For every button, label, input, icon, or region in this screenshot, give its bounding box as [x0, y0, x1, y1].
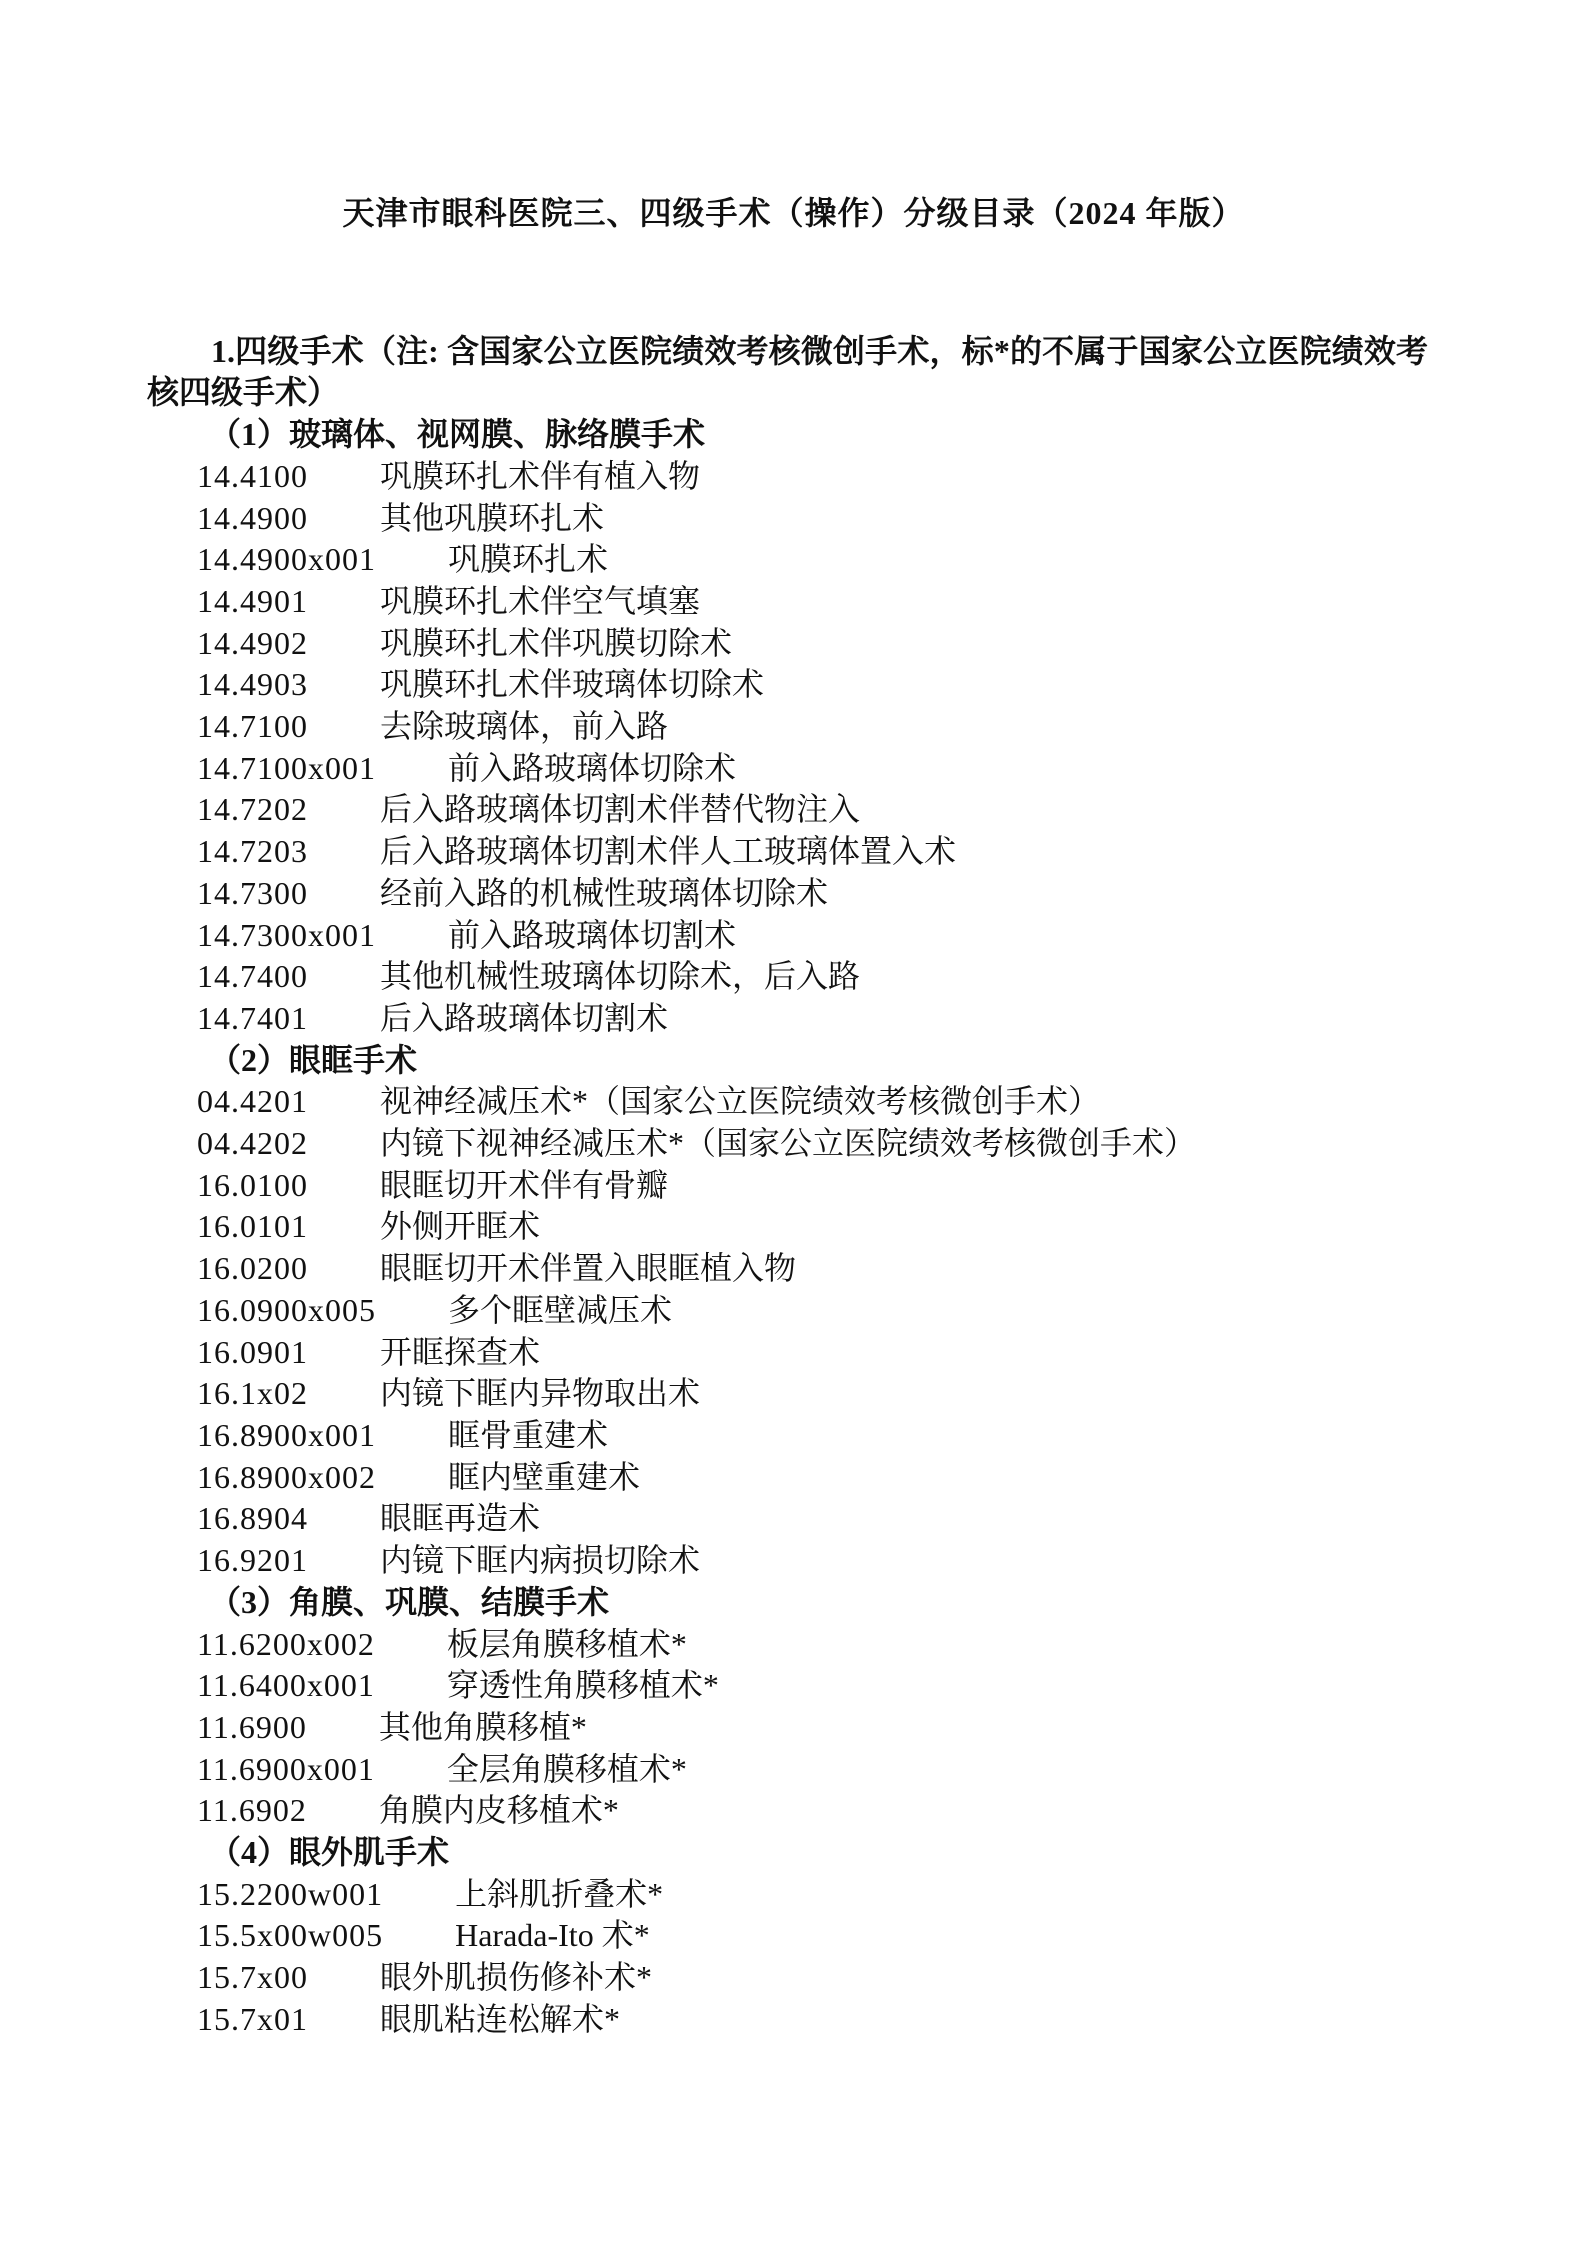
- procedure-row: 14.4100 巩膜环扎术伴有植入物: [147, 456, 1428, 498]
- procedure-row: 14.4900x001 巩膜环扎术: [147, 539, 1428, 581]
- procedure-row: 14.4901 巩膜环扎术伴空气填塞: [147, 581, 1428, 623]
- procedure-row: 16.0901 开眶探查术: [147, 1332, 1428, 1374]
- procedure-name: 其他角膜移植*: [379, 1707, 587, 1749]
- procedure-name: 上斜肌折叠术*: [455, 1874, 663, 1916]
- procedure-name: 眼眶切开术伴有骨瓣: [380, 1165, 668, 1207]
- procedure-code: 14.4900: [197, 498, 308, 540]
- procedure-name: 巩膜环扎术伴有植入物: [380, 456, 700, 498]
- procedure-name: 眶内壁重建术: [448, 1457, 640, 1499]
- procedure-row: 16.1x02 内镜下眶内异物取出术: [147, 1373, 1428, 1415]
- procedure-row: 14.7300x001 前入路玻璃体切割术: [147, 915, 1428, 957]
- procedure-name: 眼肌粘连松解术*: [380, 1999, 620, 2041]
- procedure-name: 内镜下眶内病损切除术: [380, 1540, 700, 1582]
- procedure-code: 04.4201: [197, 1081, 308, 1123]
- procedure-name: 经前入路的机械性玻璃体切除术: [380, 873, 828, 915]
- procedure-code: 14.7203: [197, 831, 308, 873]
- procedure-code: 16.0100: [197, 1165, 308, 1207]
- intro-note: 1.四级手术（注: 含国家公立医院绩效考核微创手术，标*的不属于国家公立医院绩效…: [147, 331, 1428, 414]
- procedure-code: 14.4902: [197, 623, 308, 665]
- procedure-name: 内镜下眶内异物取出术: [380, 1373, 700, 1415]
- procedure-row: 14.7100x001 前入路玻璃体切除术: [147, 748, 1428, 790]
- procedure-code: 15.5x00w005: [197, 1915, 383, 1957]
- procedure-code: 11.6900x001: [197, 1749, 375, 1791]
- procedure-row: 11.6900 其他角膜移植*: [147, 1707, 1428, 1749]
- procedure-row: 16.0100 眼眶切开术伴有骨瓣: [147, 1165, 1428, 1207]
- procedure-row: 15.7x01 眼肌粘连松解术*: [147, 1999, 1428, 2041]
- procedure-row: 04.4201 视神经减压术*（国家公立医院绩效考核微创手术）: [147, 1081, 1428, 1123]
- procedure-name: 前入路玻璃体切割术: [448, 915, 736, 957]
- procedure-row: 16.9201 内镜下眶内病损切除术: [147, 1540, 1428, 1582]
- procedure-name: 开眶探查术: [380, 1332, 540, 1374]
- procedure-row: 15.2200w001 上斜肌折叠术*: [147, 1874, 1428, 1916]
- procedure-row: 14.4902 巩膜环扎术伴巩膜切除术: [147, 623, 1428, 665]
- procedure-row: 14.7401 后入路玻璃体切割术: [147, 998, 1428, 1040]
- section-heading: （1）玻璃体、视网膜、脉络膜手术: [147, 414, 1428, 456]
- procedure-name: 其他巩膜环扎术: [380, 498, 604, 540]
- section-items: 14.4100 巩膜环扎术伴有植入物 14.4900 其他巩膜环扎术 14.49…: [147, 456, 1428, 1040]
- procedure-code: 14.4100: [197, 456, 308, 498]
- procedure-row: 14.4900 其他巩膜环扎术: [147, 498, 1428, 540]
- procedure-name: 板层角膜移植术*: [447, 1624, 687, 1666]
- section-heading: （4）眼外肌手术: [147, 1832, 1428, 1874]
- procedure-row: 16.0101 外侧开眶术: [147, 1206, 1428, 1248]
- procedure-name: 多个眶壁减压术: [448, 1290, 672, 1332]
- procedure-row: 14.7202 后入路玻璃体切割术伴替代物注入: [147, 789, 1428, 831]
- procedure-name: 去除玻璃体，前入路: [380, 706, 668, 748]
- procedure-row: 15.7x00 眼外肌损伤修补术*: [147, 1957, 1428, 1999]
- procedure-code: 11.6902: [197, 1790, 307, 1832]
- procedure-row: 16.8900x002 眶内壁重建术: [147, 1457, 1428, 1499]
- procedure-row: 14.7300 经前入路的机械性玻璃体切除术: [147, 873, 1428, 915]
- procedure-name: 内镜下视神经减压术*（国家公立医院绩效考核微创手术）: [380, 1123, 1196, 1165]
- procedure-code: 14.7400: [197, 956, 308, 998]
- procedure-name: 角膜内皮移植术*: [379, 1790, 619, 1832]
- procedure-row: 16.8900x001 眶骨重建术: [147, 1415, 1428, 1457]
- procedure-row: 11.6200x002 板层角膜移植术*: [147, 1624, 1428, 1666]
- procedure-code: 15.7x00: [197, 1957, 308, 1999]
- surgery-sections: （1）玻璃体、视网膜、脉络膜手术 14.4100 巩膜环扎术伴有植入物 14.4…: [147, 414, 1428, 2040]
- procedure-code: 04.4202: [197, 1123, 308, 1165]
- procedure-code: 16.9201: [197, 1540, 308, 1582]
- procedure-name: 后入路玻璃体切割术伴替代物注入: [380, 789, 860, 831]
- procedure-row: 11.6902 角膜内皮移植术*: [147, 1790, 1428, 1832]
- procedure-name: 巩膜环扎术伴空气填塞: [380, 581, 700, 623]
- procedure-code: 16.0900x005: [197, 1290, 376, 1332]
- procedure-row: 14.4903 巩膜环扎术伴玻璃体切除术: [147, 664, 1428, 706]
- procedure-code: 16.0200: [197, 1248, 308, 1290]
- procedure-code: 14.7100x001: [197, 748, 376, 790]
- section-heading: （2）眼眶手术: [147, 1040, 1428, 1082]
- procedure-name: 眼眶再造术: [380, 1498, 540, 1540]
- procedure-code: 14.7100: [197, 706, 308, 748]
- procedure-name: 巩膜环扎术伴巩膜切除术: [380, 623, 732, 665]
- surgery-section: （4）眼外肌手术 15.2200w001 上斜肌折叠术* 15.5x00w005…: [147, 1832, 1428, 2041]
- procedure-row: 16.0900x005 多个眶壁减压术: [147, 1290, 1428, 1332]
- procedure-name: 穿透性角膜移植术*: [447, 1665, 719, 1707]
- procedure-code: 16.8900x001: [197, 1415, 376, 1457]
- procedure-row: 14.7400 其他机械性玻璃体切除术，后入路: [147, 956, 1428, 998]
- procedure-code: 11.6900: [197, 1707, 307, 1749]
- procedure-name: 巩膜环扎术: [448, 539, 608, 581]
- document-body: 1.四级手术（注: 含国家公立医院绩效考核微创手术，标*的不属于国家公立医院绩效…: [147, 331, 1428, 2041]
- procedure-name: 前入路玻璃体切除术: [448, 748, 736, 790]
- procedure-row: 11.6900x001 全层角膜移植术*: [147, 1749, 1428, 1791]
- section-items: 15.2200w001 上斜肌折叠术* 15.5x00w005 Harada-I…: [147, 1874, 1428, 2041]
- procedure-code: 15.2200w001: [197, 1874, 383, 1916]
- section-heading: （3）角膜、巩膜、结膜手术: [147, 1582, 1428, 1624]
- procedure-code: 16.8900x002: [197, 1457, 376, 1499]
- procedure-name: 眶骨重建术: [448, 1415, 608, 1457]
- procedure-name: 巩膜环扎术伴玻璃体切除术: [380, 664, 764, 706]
- procedure-code: 14.4901: [197, 581, 308, 623]
- procedure-code: 14.7401: [197, 998, 308, 1040]
- document-page: 天津市眼科医院三、四级手术（操作）分级目录（2024 年版） 1.四级手术（注:…: [0, 0, 1587, 2245]
- procedure-code: 15.7x01: [197, 1999, 308, 2041]
- procedure-row: 16.8904 眼眶再造术: [147, 1498, 1428, 1540]
- procedure-code: 14.4903: [197, 664, 308, 706]
- procedure-code: 14.7300x001: [197, 915, 376, 957]
- procedure-row: 14.7100 去除玻璃体，前入路: [147, 706, 1428, 748]
- procedure-name: 全层角膜移植术*: [447, 1749, 687, 1791]
- procedure-name: 眼外肌损伤修补术*: [380, 1957, 652, 1999]
- procedure-row: 11.6400x001 穿透性角膜移植术*: [147, 1665, 1428, 1707]
- procedure-code: 16.8904: [197, 1498, 308, 1540]
- section-items: 11.6200x002 板层角膜移植术* 11.6400x001 穿透性角膜移植…: [147, 1624, 1428, 1833]
- procedure-name: 后入路玻璃体切割术伴人工玻璃体置入术: [380, 831, 956, 873]
- surgery-section: （3）角膜、巩膜、结膜手术 11.6200x002 板层角膜移植术* 11.64…: [147, 1582, 1428, 1832]
- procedure-name: Harada-Ito 术*: [455, 1915, 650, 1957]
- procedure-code: 14.4900x001: [197, 539, 376, 581]
- procedure-name: 视神经减压术*（国家公立医院绩效考核微创手术）: [380, 1081, 1100, 1123]
- procedure-code: 16.0101: [197, 1206, 308, 1248]
- procedure-row: 14.7203 后入路玻璃体切割术伴人工玻璃体置入术: [147, 831, 1428, 873]
- procedure-code: 11.6400x001: [197, 1665, 375, 1707]
- procedure-name: 外侧开眶术: [380, 1206, 540, 1248]
- procedure-row: 16.0200 眼眶切开术伴置入眼眶植入物: [147, 1248, 1428, 1290]
- procedure-row: 15.5x00w005 Harada-Ito 术*: [147, 1915, 1428, 1957]
- surgery-section: （1）玻璃体、视网膜、脉络膜手术 14.4100 巩膜环扎术伴有植入物 14.4…: [147, 414, 1428, 1040]
- document-title: 天津市眼科医院三、四级手术（操作）分级目录（2024 年版）: [0, 0, 1587, 235]
- procedure-code: 16.0901: [197, 1332, 308, 1374]
- section-items: 04.4201 视神经减压术*（国家公立医院绩效考核微创手术） 04.4202 …: [147, 1081, 1428, 1581]
- procedure-name: 眼眶切开术伴置入眼眶植入物: [380, 1248, 796, 1290]
- procedure-code: 14.7300: [197, 873, 308, 915]
- procedure-code: 16.1x02: [197, 1373, 308, 1415]
- procedure-code: 11.6200x002: [197, 1624, 375, 1666]
- procedure-row: 04.4202 内镜下视神经减压术*（国家公立医院绩效考核微创手术）: [147, 1123, 1428, 1165]
- procedure-name: 后入路玻璃体切割术: [380, 998, 668, 1040]
- procedure-name: 其他机械性玻璃体切除术，后入路: [380, 956, 860, 998]
- surgery-section: （2）眼眶手术 04.4201 视神经减压术*（国家公立医院绩效考核微创手术） …: [147, 1040, 1428, 1582]
- procedure-code: 14.7202: [197, 789, 308, 831]
